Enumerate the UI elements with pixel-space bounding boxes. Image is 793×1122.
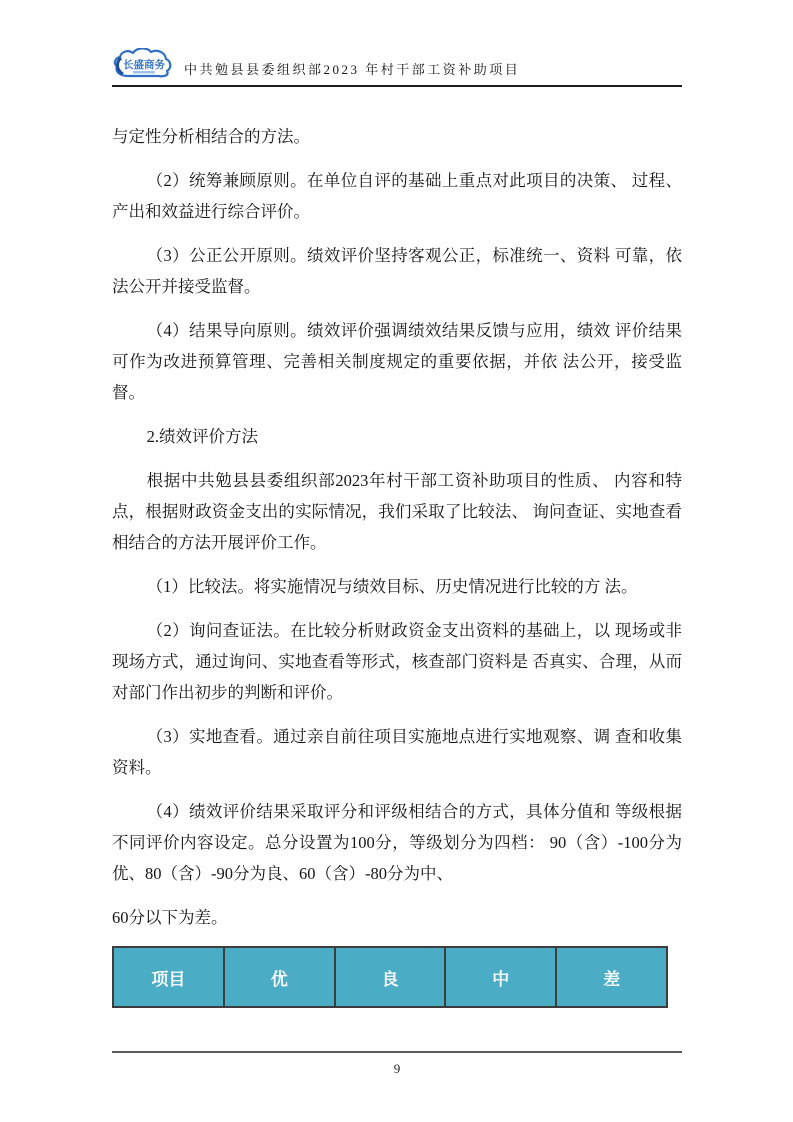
paragraph: （4）绩效评价结果采取评分和评级相结合的方式，具体分值和 等级根据不同评价内容设… bbox=[112, 796, 682, 889]
logo-tagline-bar bbox=[133, 71, 155, 74]
paragraph: （3）实地查看。通过亲自前往项目实施地点进行实地观察、调 查和收集资料。 bbox=[112, 721, 682, 783]
paragraph: （4）结果导向原则。绩效评价强调绩效结果反馈与应用，绩效 评价结果可作为改进预算… bbox=[112, 315, 682, 408]
grade-scale-table: 项目 优 良 中 差 bbox=[112, 946, 668, 1008]
table-header-cell: 中 bbox=[445, 947, 556, 1007]
section-heading: 2.绩效评价方法 bbox=[112, 421, 682, 452]
page-header: 长盛商务 中共勉县县委组织部2023 年村干部工资补助项目 bbox=[112, 48, 682, 87]
paragraph: 根据中共勉县县委组织部2023年村干部工资补助项目的性质、 内容和特点，根据财政… bbox=[112, 465, 682, 558]
paragraph: （1）比较法。将实施情况与绩效目标、历史情况进行比较的方 法。 bbox=[112, 571, 682, 602]
paragraph: 60分以下为差。 bbox=[112, 902, 682, 933]
paragraph: （2）询问查证法。在比较分析财政资金支出资料的基础上，以 现场或非现场方式，通过… bbox=[112, 615, 682, 708]
footer-rule bbox=[112, 1051, 682, 1053]
table-header-row: 项目 优 良 中 差 bbox=[113, 947, 667, 1007]
paragraph: （2）统筹兼顾原则。在单位自评的基础上重点对此项目的决策、 过程、产出和效益进行… bbox=[112, 165, 682, 227]
document-page: 长盛商务 中共勉县县委组织部2023 年村干部工资补助项目 与定性分析相结合的方… bbox=[0, 0, 793, 1122]
paragraph: （3）公正公开原则。绩效评价坚持客观公正，标准统一、资料 可靠，依法公开并接受监… bbox=[112, 240, 682, 302]
cloud-logo-icon: 长盛商务 bbox=[112, 48, 174, 82]
page-number: 9 bbox=[112, 1061, 682, 1077]
table-header-cell: 项目 bbox=[113, 947, 224, 1007]
document-body: 与定性分析相结合的方法。 （2）统筹兼顾原则。在单位自评的基础上重点对此项目的决… bbox=[112, 121, 682, 1008]
logo-text: 长盛商务 bbox=[123, 58, 165, 71]
company-logo: 长盛商务 bbox=[112, 48, 174, 82]
paragraph: 与定性分析相结合的方法。 bbox=[112, 121, 682, 152]
table-header-cell: 优 bbox=[224, 947, 335, 1007]
table-header-cell: 良 bbox=[335, 947, 446, 1007]
table-header-cell: 差 bbox=[556, 947, 667, 1007]
header-title: 中共勉县县委组织部2023 年村干部工资补助项目 bbox=[184, 59, 520, 82]
